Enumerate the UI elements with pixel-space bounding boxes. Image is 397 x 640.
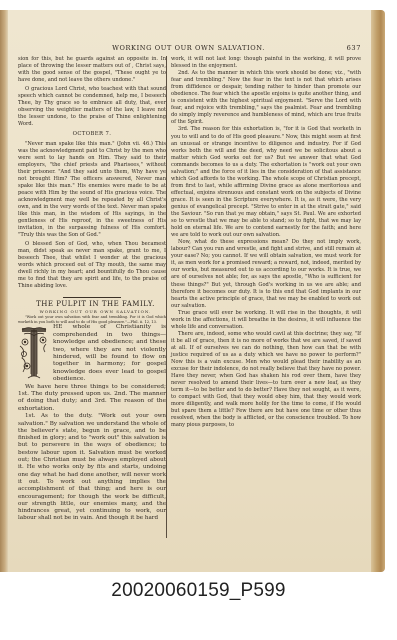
paragraph: We have here three things to be consider… (18, 384, 166, 414)
paragraph: O gracious Lord Christ, who teachest wit… (18, 86, 166, 128)
column-divider (166, 56, 167, 538)
image-id-caption: 20020060159_P599 (0, 580, 397, 602)
section-subtitle: WORKING OUT OUR OWN SALVATION. (18, 308, 166, 315)
paragraph: 2nd. As to the manner in which this work… (171, 70, 361, 126)
paragraph: There are, indeed, some who would cavil … (171, 331, 361, 430)
paragraph: 1st. As to the duty. "Work out your own … (18, 413, 166, 522)
paragraph: True grace will ever be working. It will… (171, 310, 361, 331)
running-head-title: WORKING OUT OUR OWN SALVATION. (16, 44, 361, 52)
page-number: 637 (347, 44, 361, 52)
section-title: THE PULPIT IN THE FAMILY. (18, 301, 166, 308)
paragraph: sion for this, but he guards against an … (18, 56, 166, 84)
opening-paragraph: THE whole of Christianity is comprehende… (18, 324, 166, 413)
page-fore-edge (371, 10, 385, 572)
paragraph: work, it will not last long: though pain… (171, 56, 361, 70)
page-surface: WORKING OUT OUR OWN SALVATION. 637 sion … (8, 10, 371, 572)
book-spine (0, 10, 8, 572)
paragraph: 3rd. The reason for this exhortation is,… (171, 126, 361, 239)
paragraph: O blessed Son of God, who, when Thou bec… (18, 241, 166, 290)
ornamental-dropcap-icon (18, 324, 50, 382)
paragraph-text: HE whole of Christianity is comprehended… (53, 324, 166, 382)
right-column: work, it will not last long: though pain… (171, 56, 361, 429)
paragraph: Now, what do these expressions mean? Do … (171, 239, 361, 309)
running-head: WORKING OUT OUR OWN SALVATION. 637 (16, 44, 361, 54)
scanned-page: WORKING OUT OUR OWN SALVATION. 637 sion … (0, 10, 385, 572)
left-column: sion for this, but he guards against an … (18, 56, 166, 523)
epigraph: "Work out your own salvation with fear a… (18, 315, 166, 324)
paragraph: "Never man spake like this man." (John v… (18, 141, 166, 240)
section-rule (63, 297, 121, 298)
date-heading: OCTOBER 7. (18, 131, 166, 138)
